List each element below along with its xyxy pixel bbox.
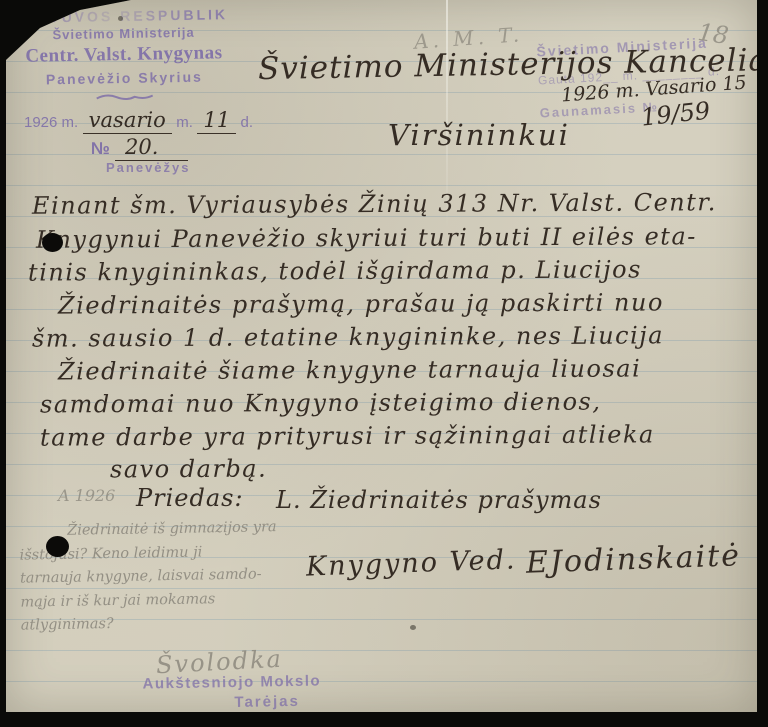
signature-role: Knygyno Ved. [306,544,517,582]
dateline-day-handwritten: 11 [197,108,236,134]
dateline-year: 1926 m. [24,114,78,131]
paper-speck [410,625,416,630]
body-line: samdomai nuo Knygyno įsteigimo dienos, [40,388,602,419]
question-note-pencil: Žiedrinaitė iš gimnazijos yra išstojusi?… [19,515,321,638]
attachment-value: L. Žiedrinaitės prašymas [276,486,602,514]
number-label: № [91,139,110,158]
body-line: tinis knygininkas, todėl išgirdama p. Li… [28,255,642,286]
scanned-letter: { "colors": { "paper": "#d6d1c0", "ink":… [0,0,768,727]
body-line: Žiedrinaitės prašymą, prašau ją paskirti… [58,288,664,319]
stamp-flourish-icon [95,88,155,107]
margin-year-pencil: A 1926 [58,486,115,505]
counselor-stamp-block: Aukštesniojo Mokslo Tarėjas [122,672,343,713]
number-value-handwritten: 20. [115,135,188,161]
sender-stamp-ministry: Švietimo Ministerija [19,24,227,43]
hole-punch [42,233,63,252]
addressee-line2: Viršininkui [388,118,570,152]
sender-stamp-branch: Panevėžio Skyrius [20,68,228,88]
body-line: Einant šm. Vyriausybės Žinių 313 Nr. Val… [32,188,717,220]
body-line: tame darbe yra prityrusi ir sąžiningai a… [40,420,655,451]
body-line: savo darbą. [110,455,267,484]
letter-paper: LIETUVOS RESPUBLIKA Švietimo Ministerija… [6,0,757,712]
body-line: šm. sausio 1 d. etatine knygininke, nes … [32,321,664,352]
dateline: 1926 m. vasario m. 11 d. [24,108,253,132]
sender-stamp-country: LIETUVOS RESPUBLIKA [19,6,227,26]
sender-stamp-office: Centr. Valst. Knygynas [20,42,228,68]
place-stamp: Panevėžys [106,160,191,175]
sender-stamp-block: LIETUVOS RESPUBLIKA Švietimo Ministerija… [19,6,229,109]
received-number-handwritten: 19/59 [640,96,712,131]
counselor-stamp-line1: Aukštesniojo Mokslo [122,672,342,693]
body-line: Knygynui Panevėžio skyriui turi buti II … [36,222,697,253]
dateline-month-handwritten: vasario [83,108,172,134]
signature-name: EJodinskaitė [525,538,741,580]
counselor-stamp-line2: Tarėjas [122,692,342,713]
dateline-d: d. [241,114,254,131]
question-note-line: atlyginimas? [21,609,321,638]
dateline-m: m. [176,114,193,131]
attachment-label: Priedas: [136,484,244,512]
hole-punch [46,536,69,557]
number-line: № 20. [91,135,188,159]
paper-speck [118,16,123,21]
body-line: Žiedrinaitė šiame knygyne tarnauja liuos… [58,354,641,385]
